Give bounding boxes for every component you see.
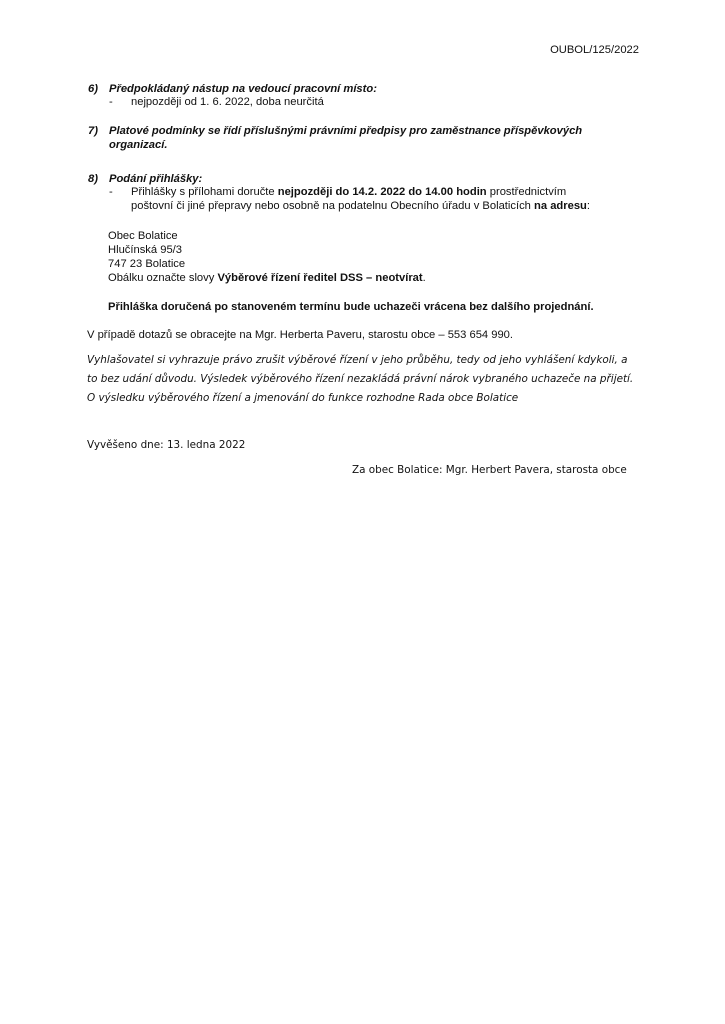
disclaimer-line3: O výsledku výběrového řízení a jmenování… [87,389,518,408]
section-6-bullet: -nejpozději od 1. 6. 2022, doba neurčitá [109,95,324,109]
address-label: na adresu [534,200,587,212]
bullet-text: poštovní či jiné přepravy nebo osobně na… [131,200,534,212]
document-page: OUBOL/125/2022 6) Předpokládaný nástup n… [0,0,725,1024]
signature: Za obec Bolatice: Mgr. Herbert Pavera, s… [352,461,627,480]
bullet-dash: - [109,185,131,199]
disclaimer-line1: Vyhlašovatel si vyhrazuje právo zrušit v… [87,351,627,370]
bullet-text: prostřednictvím [487,186,567,198]
contact-info: V případě dotazů se obracejte na Mgr. He… [87,328,513,342]
section-8-heading: Podání přihlášky: [109,172,202,186]
bullet-text: : [587,200,590,212]
bullet-dash: - [109,95,131,109]
section-7-number: 7) [88,124,98,138]
section-6-number: 6) [88,82,98,96]
section-6-heading: Předpokládaný nástup na vedoucí pracovní… [109,82,377,96]
envelope-instruction: Obálku označte slovy Výběrové řízení řed… [108,271,426,285]
late-notice: Přihláška doručená po stanoveném termínu… [108,300,594,314]
deadline-text: nejpozději do 14.2. 2022 do 14.00 hodin [278,186,487,198]
section-7-heading-line1: Platové podmínky se řídí příslušnými prá… [109,124,582,138]
envelope-suffix: . [423,272,426,284]
section-8-bullet-line1: -Přihlášky s přílohami doručte nejpozděj… [109,185,566,199]
envelope-prefix: Obálku označte slovy [108,272,217,284]
section-6-bullet-text: nejpozději od 1. 6. 2022, doba neurčitá [131,96,324,108]
section-8-number: 8) [88,172,98,186]
bullet-text: Přihlášky s přílohami doručte [131,186,278,198]
posted-date: Vyvěšeno dne: 13. ledna 2022 [87,436,245,455]
address-line-2: Hlučínská 95/3 [108,243,182,257]
reference-number: OUBOL/125/2022 [550,43,639,57]
address-line-1: Obec Bolatice [108,229,178,243]
envelope-label: Výběrové řízení ředitel DSS – neotvírat [217,272,422,284]
address-line-3: 747 23 Bolatice [108,257,185,271]
section-8-bullet-line2: poštovní či jiné přepravy nebo osobně na… [131,199,590,213]
section-7-heading-line2: organizací. [109,138,167,152]
disclaimer-line2: to bez udání důvodu. Výsledek výběrového… [87,370,633,389]
